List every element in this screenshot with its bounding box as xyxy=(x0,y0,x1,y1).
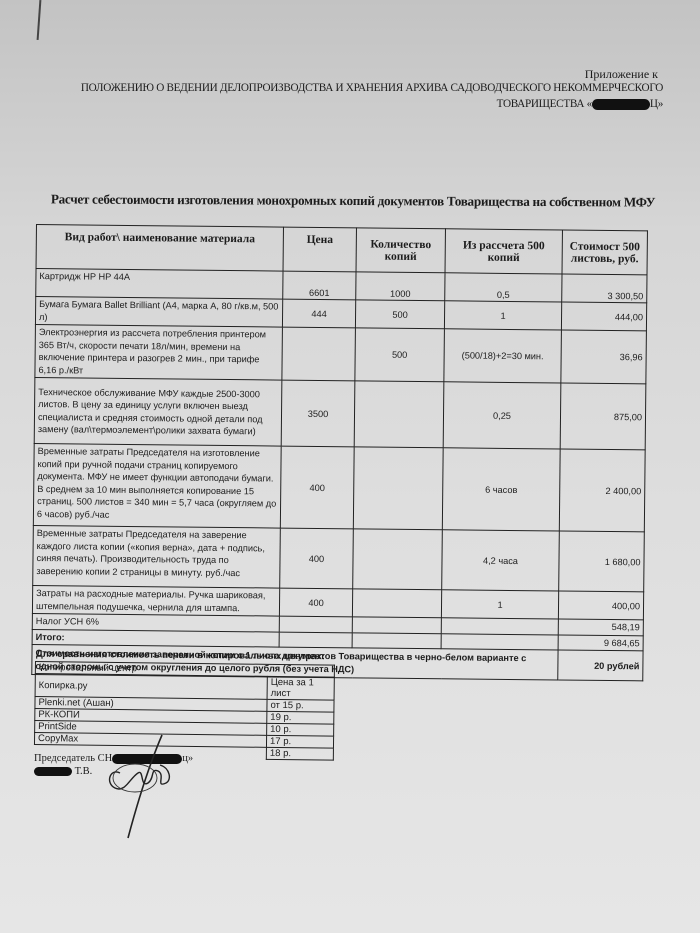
regulation-line-2: ТОВАРИЩЕСТВА «Ц» xyxy=(78,96,663,112)
final-cost-value: 20 рублей xyxy=(558,650,643,681)
col-header-calc: Из рассчета 500 копий xyxy=(445,229,562,274)
table-header-row: Вид работ\ наименование материала Цена К… xyxy=(36,225,647,275)
document-title: Расчет себестоимости изготовления монохр… xyxy=(38,191,668,210)
table-row: Электроэнергия из рассчета потребления п… xyxy=(35,324,647,383)
col-header-price: Цена xyxy=(283,227,356,272)
paper-edge xyxy=(37,0,42,40)
redacted-name xyxy=(592,99,650,110)
signature-icon xyxy=(100,733,190,843)
redacted-surname xyxy=(34,767,72,776)
col-header-cost: Стоимост 500 листовь, руб. xyxy=(562,230,647,275)
table-row: Техническое обслуживание МФУ каждые 2500… xyxy=(34,377,646,449)
table-row: Временные затраты Председателя на завере… xyxy=(33,525,645,591)
col-header-name: Вид работ\ наименование материала xyxy=(36,225,283,272)
col-header-qty: Количество копий xyxy=(356,228,445,273)
table-row: Временные затраты Председателя на изгото… xyxy=(33,443,645,531)
regulation-header: ПОЛОЖЕНИЮ О ВЕДЕНИИ ДЕЛОПРОИЗВОДСТВА И Х… xyxy=(78,80,663,112)
cost-table: Вид работ\ наименование материала Цена К… xyxy=(31,224,648,681)
regulation-line-1: ПОЛОЖЕНИЮ О ВЕДЕНИИ ДЕЛОПРОИЗВОДСТВА И Х… xyxy=(78,80,663,96)
